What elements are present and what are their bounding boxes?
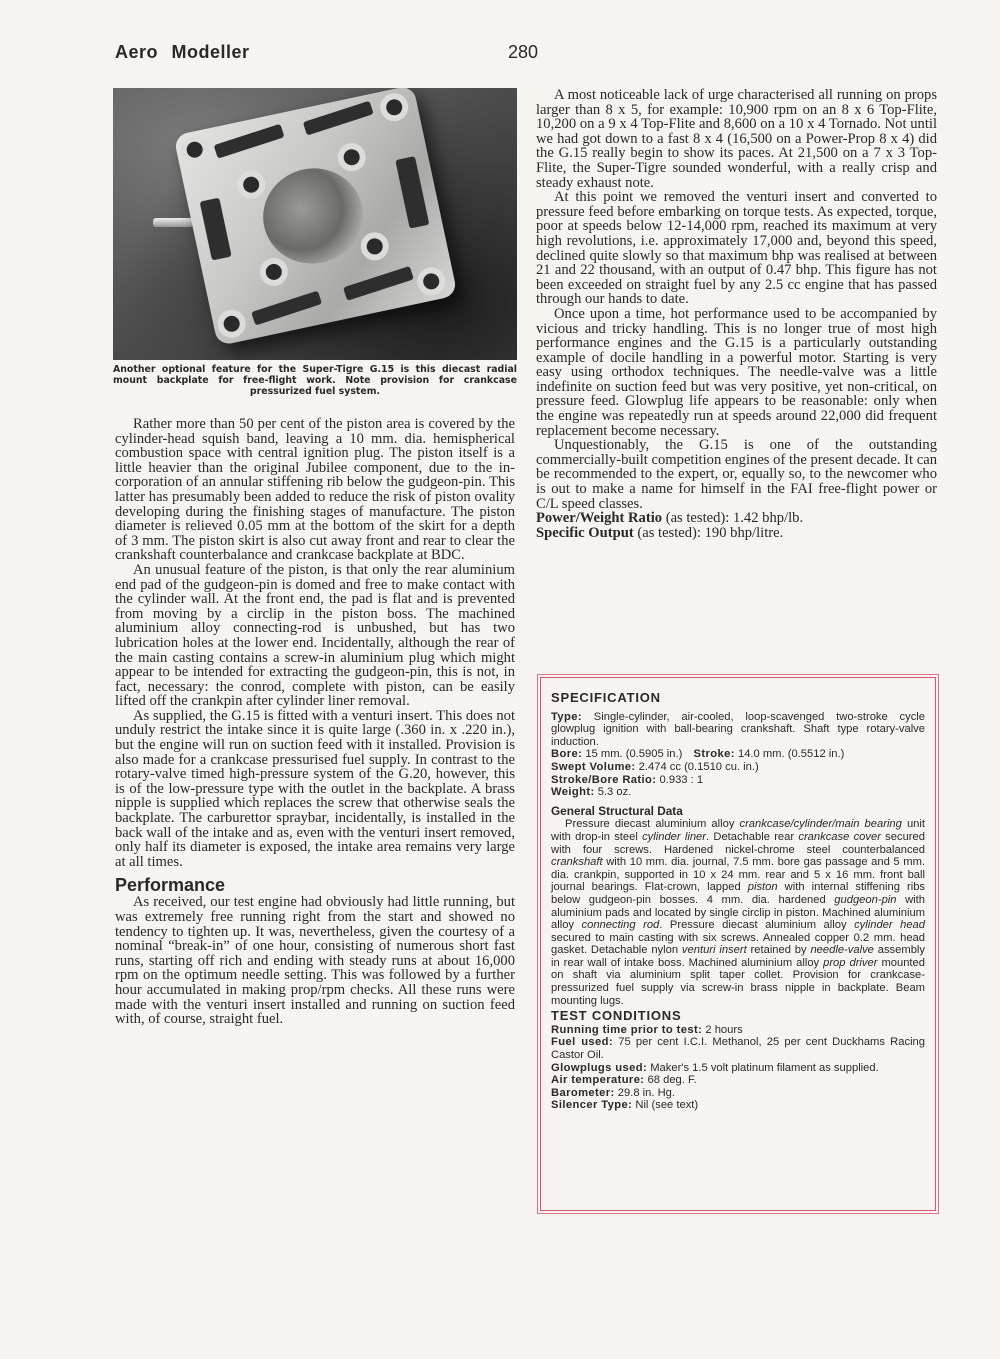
- magazine-title: Aero Modeller: [115, 42, 250, 63]
- spec-label: Swept Volume:: [551, 761, 636, 773]
- section-heading-performance: Performance: [115, 875, 515, 895]
- slot-shape: [395, 156, 429, 229]
- body-paragraph: Unquestionably, the G.15 is one of the o…: [536, 438, 937, 511]
- component-name: gudgeon-pin: [834, 894, 896, 906]
- structural-data-title: General Structural Data: [551, 805, 925, 818]
- spec-value: 14.0 mm. (0.5512 in.): [735, 748, 844, 760]
- left-column: Rather more than 50 per cent of the pist…: [115, 417, 515, 1027]
- screw-hole-shape: [358, 230, 391, 263]
- specification-title: SPECIFICATION: [551, 692, 925, 705]
- engine-backplate-photo: [113, 88, 517, 360]
- component-name: cylinder head: [854, 919, 925, 931]
- page-number: 280: [508, 42, 538, 63]
- backplate-shape: [173, 88, 457, 346]
- body-paragraph: Once upon a time, hot performance used t…: [536, 307, 937, 438]
- spec-label: Stroke/Bore Ratio:: [551, 774, 656, 786]
- mount-hole-shape: [378, 91, 411, 124]
- test-conditions-title: TEST CONDITIONS: [551, 1010, 925, 1023]
- spec-swept-volume: Swept Volume: 2.474 cc (0.1510 cu. in.): [551, 761, 925, 774]
- structural-data-paragraph: Pressure diecast aluminium alloy crankca…: [551, 818, 925, 1007]
- specific-output: Specific Output (as tested): 190 bhp/lit…: [536, 526, 937, 541]
- brass-nipple-shape: [153, 218, 193, 227]
- spec-type: Type: Single-cylinder, air-cooled, loop-…: [551, 711, 925, 749]
- ratio-value: (as tested): 190 bhp/litre.: [634, 525, 784, 541]
- body-paragraph: As supplied, the G.15 is fitted with a v…: [115, 709, 515, 870]
- right-column: A most noticeable lack of urge character…: [536, 88, 937, 540]
- ratio-label: Power/Weight Ratio: [536, 510, 662, 526]
- spec-label: Bore:: [551, 748, 582, 760]
- mount-hole-shape: [215, 307, 248, 340]
- component-name: crankcase cover: [798, 831, 881, 843]
- spec-value: Nil (see text): [632, 1099, 698, 1111]
- mount-hole-shape: [415, 265, 448, 298]
- body-paragraph: Rather more than 50 per cent of the pist…: [115, 417, 515, 563]
- component-name: connecting rod: [582, 919, 660, 931]
- screw-hole-shape: [335, 141, 368, 174]
- test-fuel: Fuel used: 75 per cent I.C.I. Methanol, …: [551, 1036, 925, 1061]
- test-running-time: Running time prior to test: 2 hours: [551, 1024, 925, 1037]
- spec-label: Fuel used:: [551, 1036, 613, 1048]
- component-name: venturi insert: [682, 944, 747, 956]
- spec-value: 5.3 oz.: [595, 786, 632, 798]
- test-barometer: Barometer: 29.8 in. Hg.: [551, 1087, 925, 1100]
- test-silencer: Silencer Type: Nil (see text): [551, 1099, 925, 1112]
- spec-label: Type:: [551, 711, 582, 723]
- structural-text: . Pressure diecast aluminium alloy: [659, 919, 854, 931]
- specification-box-inner: SPECIFICATION Type: Single-cylinder, air…: [540, 677, 936, 1211]
- slot-shape: [343, 266, 414, 301]
- screw-hole-shape: [235, 168, 268, 201]
- structural-text: . Detachable rear: [706, 831, 798, 843]
- spec-value: 15 mm. (0.5905 in.): [582, 748, 693, 760]
- component-name: crankshaft: [551, 856, 603, 868]
- spec-stroke-bore-ratio: Stroke/Bore Ratio: 0.933 : 1: [551, 774, 925, 787]
- spec-weight: Weight: 5.3 oz.: [551, 786, 925, 799]
- component-name: needle-valve: [810, 944, 873, 956]
- specification-box: SPECIFICATION Type: Single-cylinder, air…: [537, 674, 939, 1214]
- spec-value: Single-cylinder, air-cooled, loop-scaven…: [551, 711, 925, 748]
- spec-value: 68 deg. F.: [644, 1074, 696, 1086]
- slot-shape: [214, 124, 285, 159]
- spec-label: Weight:: [551, 786, 595, 798]
- component-name: prop driver: [823, 957, 877, 969]
- spec-label: Glowplugs used:: [551, 1062, 647, 1074]
- spec-label: Running time prior to test:: [551, 1024, 702, 1036]
- slot-shape: [303, 101, 374, 136]
- component-name: crankcase/cylinder/main bearing: [739, 818, 901, 830]
- rotor-recess-shape: [254, 159, 372, 273]
- ratio-label: Specific Output: [536, 525, 634, 541]
- slot-shape: [200, 198, 232, 261]
- structural-text: Pressure diecast aluminium alloy: [565, 818, 739, 830]
- spec-label: Stroke:: [694, 748, 735, 760]
- spec-value: Maker's 1.5 volt platinum filament as su…: [647, 1062, 879, 1074]
- body-paragraph: At this point we removed the venturi ins…: [536, 190, 937, 307]
- spec-label: Silencer Type:: [551, 1099, 632, 1111]
- component-name: cylinder liner: [642, 831, 706, 843]
- body-paragraph: An unusual feature of the piston, is tha…: [115, 563, 515, 709]
- spec-label: Barometer:: [551, 1087, 615, 1099]
- slot-shape: [251, 291, 322, 326]
- spec-value: 0.933 : 1: [656, 774, 703, 786]
- spec-value: 2 hours: [702, 1024, 742, 1036]
- power-weight-ratio: Power/Weight Ratio (as tested): 1.42 bhp…: [536, 511, 937, 526]
- component-name: piston: [748, 881, 778, 893]
- ratio-value: (as tested): 1.42 bhp/lb.: [662, 510, 803, 526]
- test-glowplugs: Glowplugs used: Maker's 1.5 volt platinu…: [551, 1062, 925, 1075]
- mount-hole-shape: [178, 133, 211, 166]
- page-header: Aero Modeller 280: [115, 40, 540, 72]
- body-paragraph: As received, our test engine had obvious…: [115, 895, 515, 1026]
- test-air-temperature: Air temperature: 68 deg. F.: [551, 1074, 925, 1087]
- spec-bore-stroke: Bore: 15 mm. (0.5905 in.) Stroke: 14.0 m…: [551, 748, 925, 761]
- screw-hole-shape: [257, 255, 290, 288]
- spec-label: Air temperature:: [551, 1074, 644, 1086]
- photo-caption: Another optional feature for the Super-T…: [113, 364, 517, 397]
- spec-value: 2.474 cc (0.1510 cu. in.): [636, 761, 759, 773]
- body-paragraph: A most noticeable lack of urge character…: [536, 88, 937, 190]
- spec-value: 29.8 in. Hg.: [615, 1087, 675, 1099]
- structural-text: retained by: [747, 944, 811, 956]
